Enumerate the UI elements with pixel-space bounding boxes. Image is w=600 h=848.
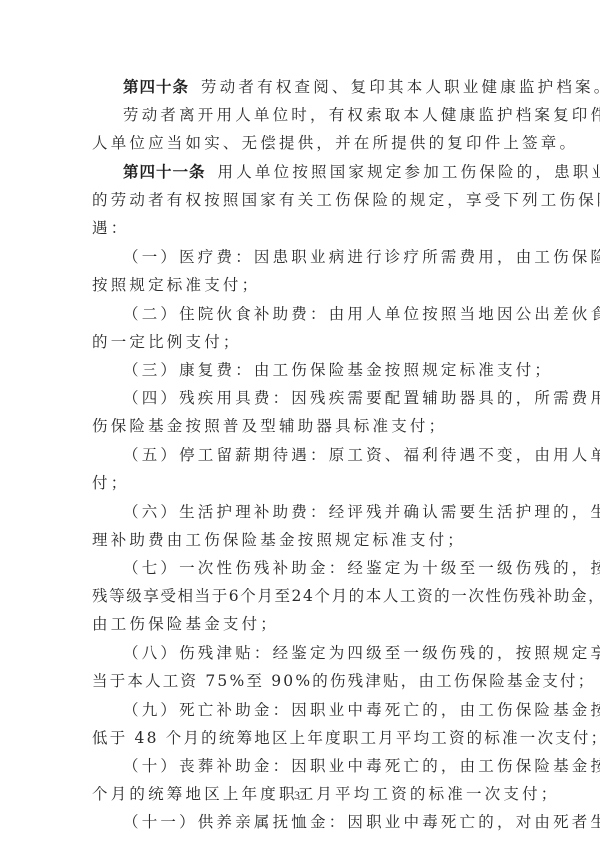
item-7-line-2: 残等级享受相当于6个月至24个月的本人工资的一次性伤残补助金， [92, 582, 600, 610]
item-3-line-1: （三）康复费：由工伤保险基金按照规定标准支付； [123, 356, 553, 384]
item-9-line-2: 低于 48 个月的统筹地区上年度职工月平均工资的标准一次支付； [92, 724, 600, 752]
article-40-line-2: 劳动者离开用人单位时，有权索取本人健康监护档案复印件；用 [123, 101, 600, 129]
item-11-line-1: （十一）供养亲属抚恤金：因职业中毒死亡的，对由死者生前提 [123, 808, 600, 836]
item-7-line-1: （七）一次性伤残补助金：经鉴定为十级至一级伤残的，按照伤 [123, 554, 600, 582]
article-40-text: 劳动者有权查阅、复印其本人职业健康监护档案。 [201, 78, 600, 96]
item-2-line-1: （二）住院伙食补助费：由用人单位按照当地因公出差伙食标准 [123, 300, 600, 328]
article-41-line-3: 遇： [92, 214, 129, 242]
item-8-line-1: （八）伤残津贴：经鉴定为四级至一级伤残的，按照规定享受相 [123, 639, 600, 667]
item-1-line-2: 按照规定标准支付； [92, 271, 260, 299]
article-41-line-2: 的劳动者有权按照国家有关工伤保险的规定，享受下列工伤保险待 [92, 186, 600, 214]
article-41-line-1: 第四十一条用人单位按照国家规定参加工伤保险的，患职业病 [123, 158, 600, 186]
item-5-line-1: （五）停工留薪期待遇：原工资、福利待遇不变，由用人单位支 [123, 441, 600, 469]
article-41-text: 用人单位按照国家规定参加工伤保险的，患职业病 [218, 163, 600, 181]
item-7-line-3: 由工伤保险基金支付； [92, 610, 279, 638]
item-4-line-1: （四）残疾用具费：因残疾需要配置辅助器具的，所需费用由工 [123, 384, 600, 412]
article-40-line-3: 人单位应当如实、无偿提供，并在所提供的复印件上签章。 [92, 129, 578, 157]
article-41-heading: 第四十一条 [123, 163, 206, 181]
item-8-line-2: 当于本人工资 75%至 90%的伤残津贴，由工伤保险基金支付； [92, 667, 595, 695]
item-1-line-1: （一）医疗费：因患职业病进行诊疗所需费用，由工伤保险基金 [123, 243, 600, 271]
item-6-line-2: 理补助费由工伤保险基金按照规定标准支付； [92, 526, 466, 554]
page-number: 37 [0, 788, 600, 803]
item-4-line-2: 伤保险基金按照普及型辅助器具标准支付； [92, 412, 447, 440]
item-2-line-2: 的一定比例支付； [92, 328, 242, 356]
item-5-line-2: 付； [92, 469, 129, 497]
item-9-line-1: （九）死亡补助金：因职业中毒死亡的，由工伤保险基金按照不 [123, 696, 600, 724]
item-10-line-1: （十）丧葬补助金：因职业中毒死亡的，由工伤保险基金按照 6 [123, 752, 600, 780]
article-40-line-1: 第四十条劳动者有权查阅、复印其本人职业健康监护档案。 [123, 73, 600, 101]
item-6-line-1: （六）生活护理补助费：经评残并确认需要生活护理的，生活护 [123, 498, 600, 526]
article-40-heading: 第四十条 [123, 78, 189, 96]
